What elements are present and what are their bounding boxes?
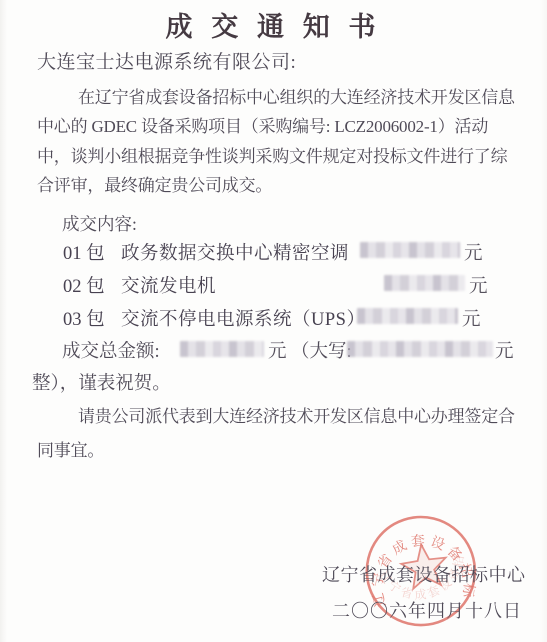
item3-unit: 元 xyxy=(462,305,481,331)
total-caps-redacted-amount xyxy=(347,341,493,357)
total-tail-line: 整），谨表祝贺。 xyxy=(32,369,171,395)
item2-unit: 元 xyxy=(469,272,488,298)
item3-name: 交流不停电电源系统（UPS） xyxy=(121,305,365,331)
total-unit: 元 xyxy=(268,337,287,363)
item1-package-no: 01 包 xyxy=(63,239,105,265)
item2-package-no: 02 包 xyxy=(63,272,105,298)
total-amount-label: 成交总金额: xyxy=(62,337,160,363)
paragraph1-line1: 在辽宁省成套设备招标中心组织的大连经济技术开发区信息 xyxy=(78,83,515,108)
addressee-line: 大连宝士达电源系统有限公司: xyxy=(37,47,296,74)
item1-redacted-amount xyxy=(360,242,460,258)
issuer-signature: 辽宁省成套设备招标中心 xyxy=(322,561,526,587)
paragraph1-line4: 合评审，最终确定贵公司成交。 xyxy=(37,171,272,196)
item3-redacted-amount xyxy=(357,308,458,324)
paragraph1-line2: 中心的 GDEC 设备采购项目（采购编号: LCZ2006002-1）活动 xyxy=(37,112,488,137)
issue-date: 二〇〇六年四月十八日 xyxy=(332,597,522,623)
item2-redacted-amount xyxy=(384,275,465,291)
total-redacted-amount xyxy=(180,341,264,357)
total-caps-open: （大写: xyxy=(291,337,352,363)
total-caps-unit: 元 xyxy=(495,337,514,363)
item2-name: 交流发电机 xyxy=(121,272,216,298)
deal-content-label: 成交内容: xyxy=(62,211,137,236)
item1-unit: 元 xyxy=(464,239,483,265)
document-page: 成 交 通 知 书 大连宝士达电源系统有限公司: 在辽宁省成套设备招标中心组织的… xyxy=(0,0,547,642)
paragraph2-line1: 请贵公司派代表到大连经济技术开发区信息中心办理签定合 xyxy=(78,402,515,427)
item1-name: 政务数据交换中心精密空调 xyxy=(121,239,349,265)
paragraph1-line3: 中，谈判小组根据竞争性谈判采购文件规定对投标文件进行了综 xyxy=(37,142,507,167)
item3-package-no: 03 包 xyxy=(63,305,105,331)
paragraph2-line2: 同事宜。 xyxy=(37,436,104,461)
page-title: 成 交 通 知 书 xyxy=(0,5,547,44)
